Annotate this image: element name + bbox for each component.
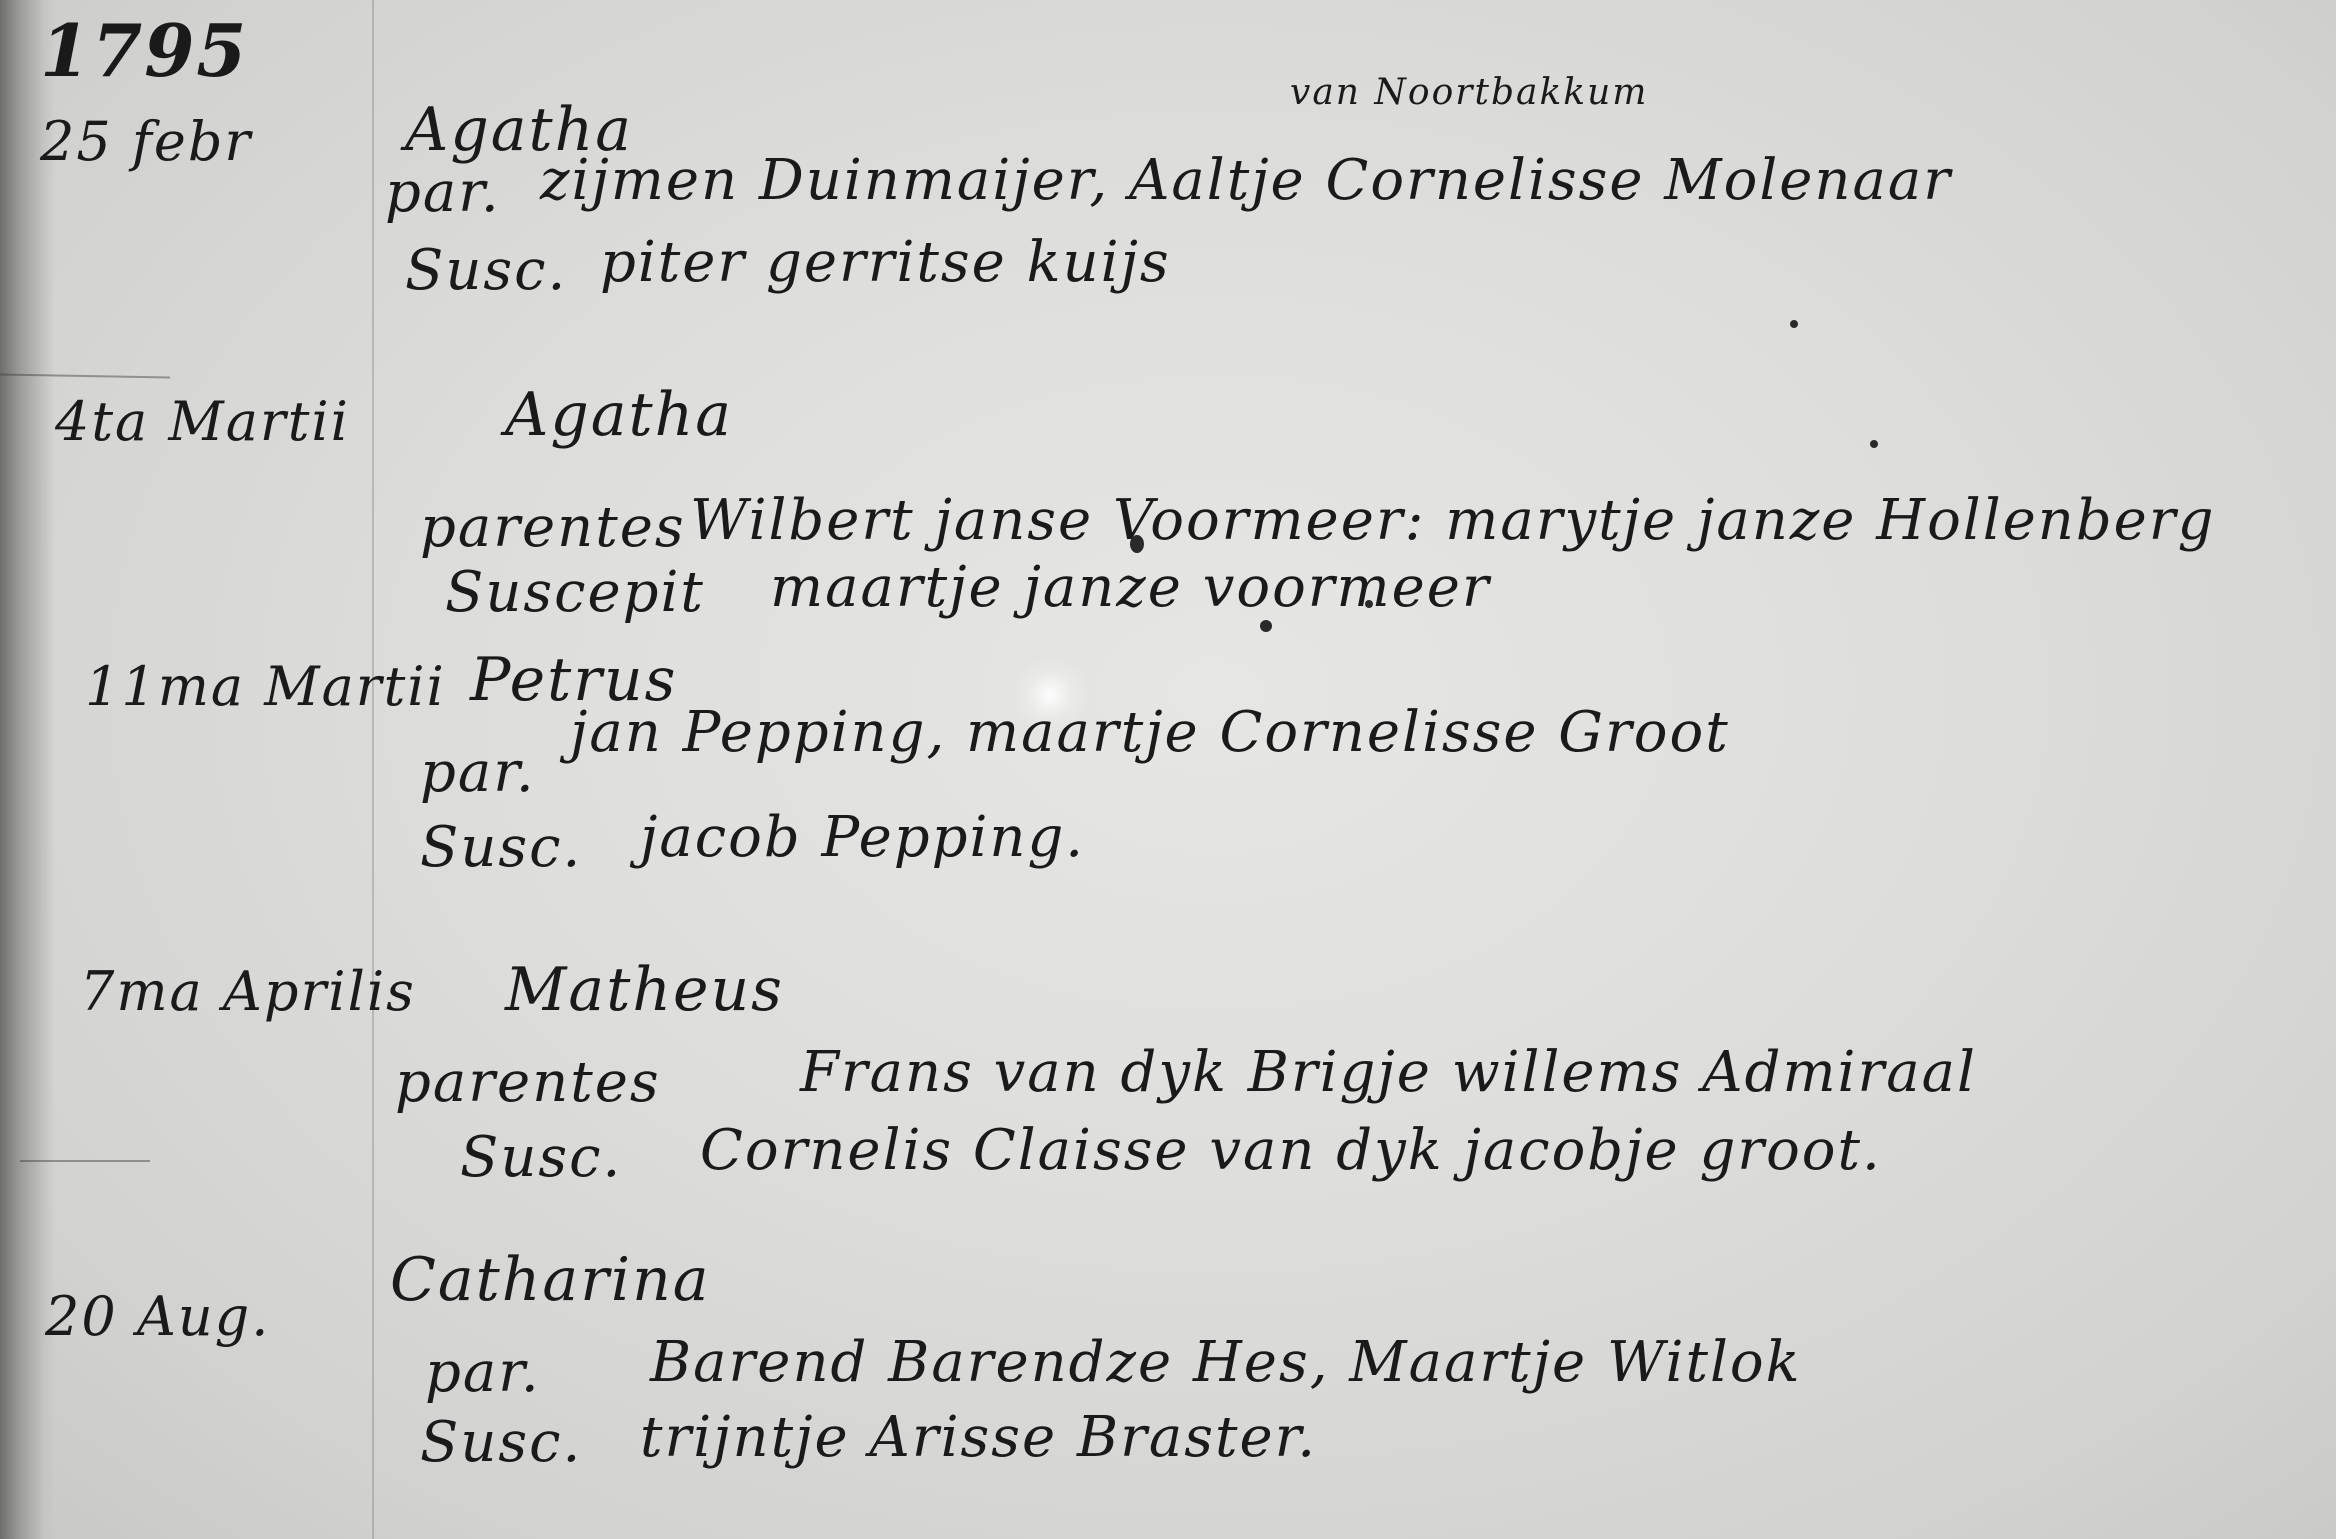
ink-speck	[1365, 600, 1373, 608]
entry-date: 4ta Martii	[55, 390, 350, 453]
parents-names: zijmen Duinmaijer, Aaltje Cornelisse Mol…	[540, 148, 1952, 213]
sponsor-label: Suscepit	[445, 560, 705, 625]
sponsor-name: trijntje Arisse Braster.	[640, 1405, 1317, 1470]
parents-label: par.	[425, 1340, 541, 1405]
sponsor-name: Cornelis Claisse van dyk jacobje groot.	[700, 1118, 1882, 1183]
sponsor-name: piter gerritse kuijs	[600, 230, 1171, 295]
parents-names: jan Pepping, maartje Cornelisse Groot	[570, 700, 1730, 765]
parents-label: par.	[385, 160, 501, 225]
interlinear-note: van Noortbakkum	[1290, 72, 1648, 113]
entry-date: 25 febr	[40, 110, 252, 173]
margin-rule	[372, 0, 374, 1539]
parents-names: Barend Barendze Hes, Maartje Witlok	[650, 1330, 1802, 1395]
ink-speck	[1790, 320, 1798, 328]
child-name: Matheus	[505, 955, 784, 1025]
entry-date: 11ma Martii	[85, 655, 446, 718]
entry-date: 7ma Aprilis	[80, 960, 416, 1023]
ink-speck	[1870, 440, 1878, 448]
parents-label: par.	[420, 740, 536, 805]
parents-label: parentes	[420, 495, 686, 560]
parents-names: Frans van dyk Brigje willems Admiraal	[800, 1040, 1977, 1105]
sponsor-name: maartje janze voormeer	[770, 555, 1491, 620]
sponsor-label: Susc.	[460, 1125, 622, 1190]
separator-line	[20, 1160, 150, 1162]
sponsor-name: jacob Pepping.	[640, 805, 1085, 870]
entry-date: 20 Aug.	[45, 1285, 270, 1348]
parents-label: parentes	[395, 1050, 661, 1115]
sponsor-label: Susc.	[420, 1410, 582, 1475]
child-name: Agatha	[505, 380, 733, 450]
sponsor-label: Susc.	[420, 815, 582, 880]
sponsor-label: Susc.	[405, 238, 567, 303]
register-page: 1795 25 febr Agatha van Noortbakkum par.…	[0, 0, 2336, 1539]
ink-speck	[1260, 620, 1272, 632]
register-year: 1795	[40, 8, 248, 93]
parents-names: Wilbert janse Voormeer: marytje janze Ho…	[690, 488, 2215, 553]
child-name: Catharina	[390, 1245, 711, 1315]
ink-speck	[1130, 535, 1144, 553]
